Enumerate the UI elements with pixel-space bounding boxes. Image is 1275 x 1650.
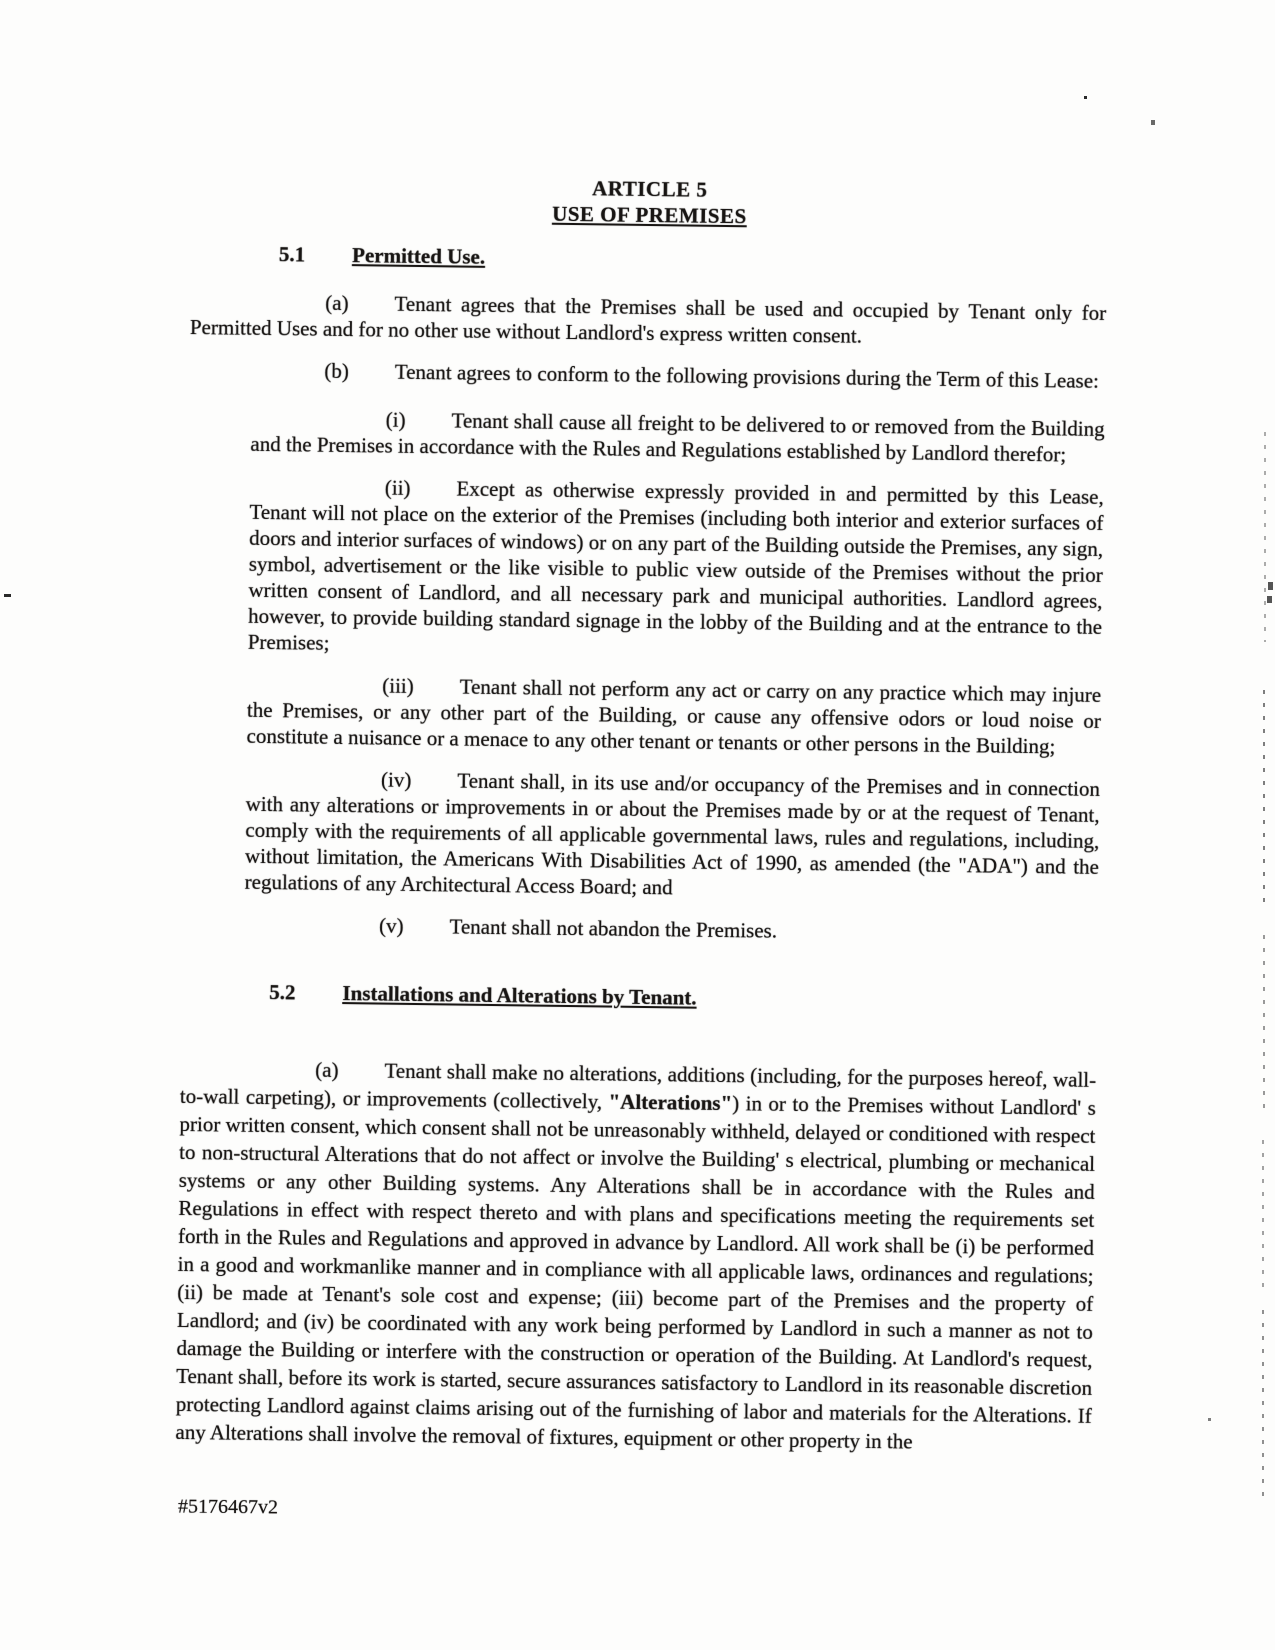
scan-artifact-speck (1268, 582, 1273, 590)
paragraph-label: (a) (315, 1058, 339, 1082)
scan-artifact-speck (1151, 120, 1155, 125)
section-title: Permitted Use. (352, 243, 485, 269)
page-body: ARTICLE 5 USE OF PREMISES 5.1Permitted U… (175, 166, 1108, 1458)
paragraph-5-2-a: (a)Tenant shall make no alterations, add… (175, 1054, 1096, 1458)
defined-term-alterations: "Alterations" (608, 1090, 732, 1116)
paragraph-5-1-b-iv: (iv)Tenant shall, in its use and/or occu… (245, 765, 1101, 906)
document-reference-number: #5176467v2 (178, 1496, 278, 1520)
paragraph-label: (v) (379, 914, 404, 938)
paragraph-5-1-b-i: (i)Tenant shall cause all freight to be … (250, 405, 1105, 468)
section-number: 5.2 (269, 979, 296, 1005)
article-heading: ARTICLE 5 USE OF PREMISES (191, 170, 1108, 234)
scan-artifact-speck (1208, 1418, 1211, 1421)
scan-artifact-dashed-line (1263, 935, 1265, 1115)
paragraph-label: (iii) (382, 674, 414, 698)
scan-artifact-dashed-line (1262, 1310, 1264, 1505)
scan-artifact-speck (1267, 596, 1272, 603)
section-heading-5-1: 5.1Permitted Use. (191, 240, 1107, 278)
paragraph-text: Tenant shall cause all freight to be del… (250, 408, 1105, 466)
paragraph-text: Tenant shall, in its use and/or occupanc… (245, 769, 1101, 900)
scan-artifact-dashed-line (1263, 690, 1265, 910)
section-heading-5-2: 5.2Installations and Alterations by Tena… (181, 978, 1097, 1016)
section-title: Installations and Alterations by Tenant. (342, 981, 696, 1010)
scan-artifact-dashed-line (1264, 432, 1266, 642)
section-number: 5.1 (279, 241, 306, 267)
paragraph-text-after: ) in or to the Premises without Landlord… (175, 1091, 1096, 1453)
paragraph-5-1-b-v: (v)Tenant shall not abandon the Premises… (244, 911, 1098, 948)
scanned-lease-page: ARTICLE 5 USE OF PREMISES 5.1Permitted U… (0, 0, 1275, 1650)
paragraph-5-1-b-iii: (iii)Tenant shall not perform any act or… (246, 671, 1101, 760)
paragraph-5-1-a: (a)Tenant agrees that the Premises shall… (190, 288, 1107, 352)
scan-artifact-dashed-line (1262, 1140, 1264, 1290)
scan-artifact-speck (4, 594, 11, 597)
paragraph-label: (iv) (381, 768, 412, 792)
paragraph-5-1-b: (b)Tenant agrees to conform to the follo… (189, 356, 1105, 394)
paragraph-text: Tenant agrees to conform to the followin… (395, 360, 1099, 393)
paragraph-5-1-b-ii: (ii)Except as otherwise expressly provid… (248, 473, 1104, 666)
scan-artifact-speck (1084, 96, 1087, 99)
paragraph-label: (ii) (385, 476, 411, 500)
paragraph-text: Tenant shall not perform any act or carr… (246, 675, 1101, 759)
paragraph-text: Tenant shall not abandon the Premises. (449, 914, 777, 942)
paragraph-text: Except as otherwise expressly provided i… (248, 476, 1104, 654)
paragraph-label: (i) (386, 408, 406, 432)
paragraph-label: (b) (324, 359, 349, 383)
paragraph-label: (a) (325, 291, 349, 315)
